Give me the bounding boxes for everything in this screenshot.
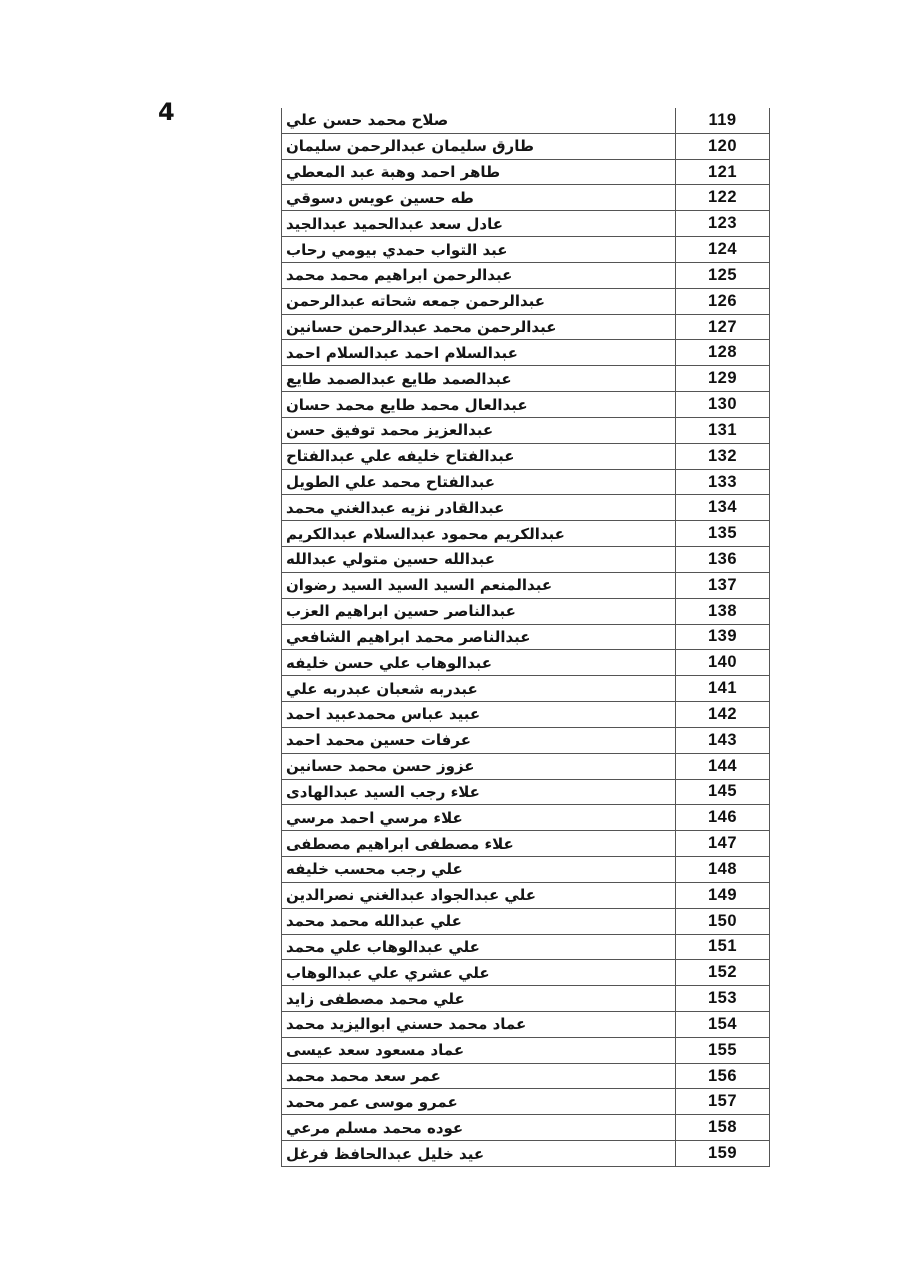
page-number: 4 (158, 98, 175, 126)
row-number-cell: 148 (675, 857, 769, 882)
row-number-cell: 136 (675, 547, 769, 572)
name-cell: علاء مرسي احمد مرسي (282, 805, 675, 830)
table-row: عبدالرحمن ابراهيم محمد محمد 125 (282, 263, 769, 289)
table-row: عبدالناصر حسين ابراهيم العزب 138 (282, 599, 769, 625)
name-cell: عبدالناصر حسين ابراهيم العزب (282, 599, 675, 624)
name-cell: عيد خليل عبدالحافظ فرغل (282, 1141, 675, 1166)
document-page: 4 صلاح محمد حسن علي 119 طارق سليمان عبدا… (0, 0, 905, 1280)
table-row: عبيد عباس محمدعبيد احمد 142 (282, 702, 769, 728)
row-number-cell: 144 (675, 754, 769, 779)
row-number-cell: 127 (675, 315, 769, 340)
row-number-cell: 149 (675, 883, 769, 908)
row-number-cell: 137 (675, 573, 769, 598)
roster-table: صلاح محمد حسن علي 119 طارق سليمان عبدالر… (281, 108, 770, 1167)
table-row: علاء مصطفى ابراهيم مصطفى 147 (282, 831, 769, 857)
row-number-cell: 133 (675, 470, 769, 495)
row-number-cell: 145 (675, 780, 769, 805)
row-number-cell: 157 (675, 1089, 769, 1114)
name-cell: طارق سليمان عبدالرحمن سليمان (282, 134, 675, 159)
name-cell: علي عبدالله محمد محمد (282, 909, 675, 934)
row-number-cell: 150 (675, 909, 769, 934)
row-number-cell: 152 (675, 960, 769, 985)
name-cell: عمر سعد محمد محمد (282, 1064, 675, 1089)
name-cell: عبدالكريم محمود عبدالسلام عبدالكريم (282, 521, 675, 546)
row-number-cell: 120 (675, 134, 769, 159)
table-row: علي عبدالوهاب علي محمد 151 (282, 935, 769, 961)
row-number-cell: 151 (675, 935, 769, 960)
table-row: عبدالمنعم السيد السيد السيد رضوان 137 (282, 573, 769, 599)
table-row: عبدالصمد طايع عبدالصمد طايع 129 (282, 366, 769, 392)
row-number-cell: 156 (675, 1064, 769, 1089)
row-number-cell: 141 (675, 676, 769, 701)
table-row: عبدالعزيز محمد توفيق حسن 131 (282, 418, 769, 444)
table-row: عماد محمد حسني ابواليزيد محمد 154 (282, 1012, 769, 1038)
row-number-cell: 119 (675, 108, 769, 133)
row-number-cell: 155 (675, 1038, 769, 1063)
name-cell: علاء مصطفى ابراهيم مصطفى (282, 831, 675, 856)
row-number-cell: 123 (675, 211, 769, 236)
table-row: علاء مرسي احمد مرسي 146 (282, 805, 769, 831)
table-row: عمر سعد محمد محمد 156 (282, 1064, 769, 1090)
table-row: عبدالفتاح محمد علي الطويل 133 (282, 470, 769, 496)
row-number-cell: 126 (675, 289, 769, 314)
name-cell: عبدالعزيز محمد توفيق حسن (282, 418, 675, 443)
table-row: عبدالناصر محمد ابراهيم الشافعي 139 (282, 625, 769, 651)
name-cell: عبيد عباس محمدعبيد احمد (282, 702, 675, 727)
table-row: علي عبدالله محمد محمد 150 (282, 909, 769, 935)
row-number-cell: 140 (675, 650, 769, 675)
table-row: عماد مسعود سعد عيسى 155 (282, 1038, 769, 1064)
name-cell: عبدالسلام احمد عبدالسلام احمد (282, 340, 675, 365)
row-number-cell: 158 (675, 1115, 769, 1140)
table-row: طه حسين عويس دسوقي 122 (282, 185, 769, 211)
name-cell: عبد التواب حمدي بيومي رحاب (282, 237, 675, 262)
table-row: عبدربه شعبان عبدربه علي 141 (282, 676, 769, 702)
name-cell: علاء رجب السيد عبدالهادى (282, 780, 675, 805)
table-row: عرفات حسين محمد احمد 143 (282, 728, 769, 754)
name-cell: عادل سعد عبدالحميد عبدالجيد (282, 211, 675, 236)
table-row: علي رجب محسب خليفه 148 (282, 857, 769, 883)
row-number-cell: 143 (675, 728, 769, 753)
name-cell: عوده محمد مسلم مرعي (282, 1115, 675, 1140)
name-cell: عبدالصمد طايع عبدالصمد طايع (282, 366, 675, 391)
name-cell: عبدالرحمن ابراهيم محمد محمد (282, 263, 675, 288)
row-number-cell: 139 (675, 625, 769, 650)
row-number-cell: 124 (675, 237, 769, 262)
table-row: عبدالسلام احمد عبدالسلام احمد 128 (282, 340, 769, 366)
table-row: عبد التواب حمدي بيومي رحاب 124 (282, 237, 769, 263)
table-row: صلاح محمد حسن علي 119 (282, 108, 769, 134)
row-number-cell: 132 (675, 444, 769, 469)
row-number-cell: 128 (675, 340, 769, 365)
name-cell: عبدالله حسين متولي عبدالله (282, 547, 675, 572)
table-row: عبدالرحمن جمعه شحاته عبدالرحمن 126 (282, 289, 769, 315)
row-number-cell: 146 (675, 805, 769, 830)
table-row: عبدالله حسين متولي عبدالله 136 (282, 547, 769, 573)
table-row: عادل سعد عبدالحميد عبدالجيد 123 (282, 211, 769, 237)
table-row: علي محمد مصطفى زايد 153 (282, 986, 769, 1012)
name-cell: عبدربه شعبان عبدربه علي (282, 676, 675, 701)
name-cell: طه حسين عويس دسوقي (282, 185, 675, 210)
name-cell: علي محمد مصطفى زايد (282, 986, 675, 1011)
row-number-cell: 131 (675, 418, 769, 443)
table-row: عبدالقادر نزيه عبدالغني محمد 134 (282, 495, 769, 521)
name-cell: عرفات حسين محمد احمد (282, 728, 675, 753)
row-number-cell: 122 (675, 185, 769, 210)
table-row: علاء رجب السيد عبدالهادى 145 (282, 780, 769, 806)
name-cell: علي عبدالوهاب علي محمد (282, 935, 675, 960)
name-cell: عبدالناصر محمد ابراهيم الشافعي (282, 625, 675, 650)
row-number-cell: 129 (675, 366, 769, 391)
table-row: طاهر احمد وهبة عبد المعطي 121 (282, 160, 769, 186)
name-cell: عبدالمنعم السيد السيد السيد رضوان (282, 573, 675, 598)
name-cell: عبدالعال محمد طايع محمد حسان (282, 392, 675, 417)
table-row: علي عشري علي عبدالوهاب 152 (282, 960, 769, 986)
row-number-cell: 153 (675, 986, 769, 1011)
name-cell: عزوز حسن محمد حسانين (282, 754, 675, 779)
name-cell: عبدالرحمن جمعه شحاته عبدالرحمن (282, 289, 675, 314)
name-cell: عبدالقادر نزيه عبدالغني محمد (282, 495, 675, 520)
row-number-cell: 130 (675, 392, 769, 417)
name-cell: علي عشري علي عبدالوهاب (282, 960, 675, 985)
name-cell: عماد محمد حسني ابواليزيد محمد (282, 1012, 675, 1037)
row-number-cell: 159 (675, 1141, 769, 1166)
table-row: عمرو موسى عمر محمد 157 (282, 1089, 769, 1115)
row-number-cell: 142 (675, 702, 769, 727)
row-number-cell: 138 (675, 599, 769, 624)
table-row: عبدالعال محمد طايع محمد حسان 130 (282, 392, 769, 418)
row-number-cell: 134 (675, 495, 769, 520)
name-cell: عبدالرحمن محمد عبدالرحمن حسانين (282, 315, 675, 340)
table-row: عبدالكريم محمود عبدالسلام عبدالكريم 135 (282, 521, 769, 547)
table-row: عبدالرحمن محمد عبدالرحمن حسانين 127 (282, 315, 769, 341)
table-row: عوده محمد مسلم مرعي 158 (282, 1115, 769, 1141)
table-row: عبدالوهاب علي حسن خليفه 140 (282, 650, 769, 676)
name-cell: عمرو موسى عمر محمد (282, 1089, 675, 1114)
name-cell: عبدالفتاح محمد علي الطويل (282, 470, 675, 495)
name-cell: عبدالوهاب علي حسن خليفه (282, 650, 675, 675)
table-row: عزوز حسن محمد حسانين 144 (282, 754, 769, 780)
row-number-cell: 125 (675, 263, 769, 288)
name-cell: علي رجب محسب خليفه (282, 857, 675, 882)
row-number-cell: 154 (675, 1012, 769, 1037)
table-row: عيد خليل عبدالحافظ فرغل 159 (282, 1141, 769, 1167)
table-row: علي عبدالجواد عبدالغني نصرالدين 149 (282, 883, 769, 909)
row-number-cell: 135 (675, 521, 769, 546)
name-cell: عماد مسعود سعد عيسى (282, 1038, 675, 1063)
name-cell: طاهر احمد وهبة عبد المعطي (282, 160, 675, 185)
row-number-cell: 147 (675, 831, 769, 856)
table-row: عبدالفتاح خليفه علي عبدالفتاح 132 (282, 444, 769, 470)
name-cell: علي عبدالجواد عبدالغني نصرالدين (282, 883, 675, 908)
row-number-cell: 121 (675, 160, 769, 185)
table-row: طارق سليمان عبدالرحمن سليمان 120 (282, 134, 769, 160)
name-cell: صلاح محمد حسن علي (282, 108, 675, 133)
name-cell: عبدالفتاح خليفه علي عبدالفتاح (282, 444, 675, 469)
